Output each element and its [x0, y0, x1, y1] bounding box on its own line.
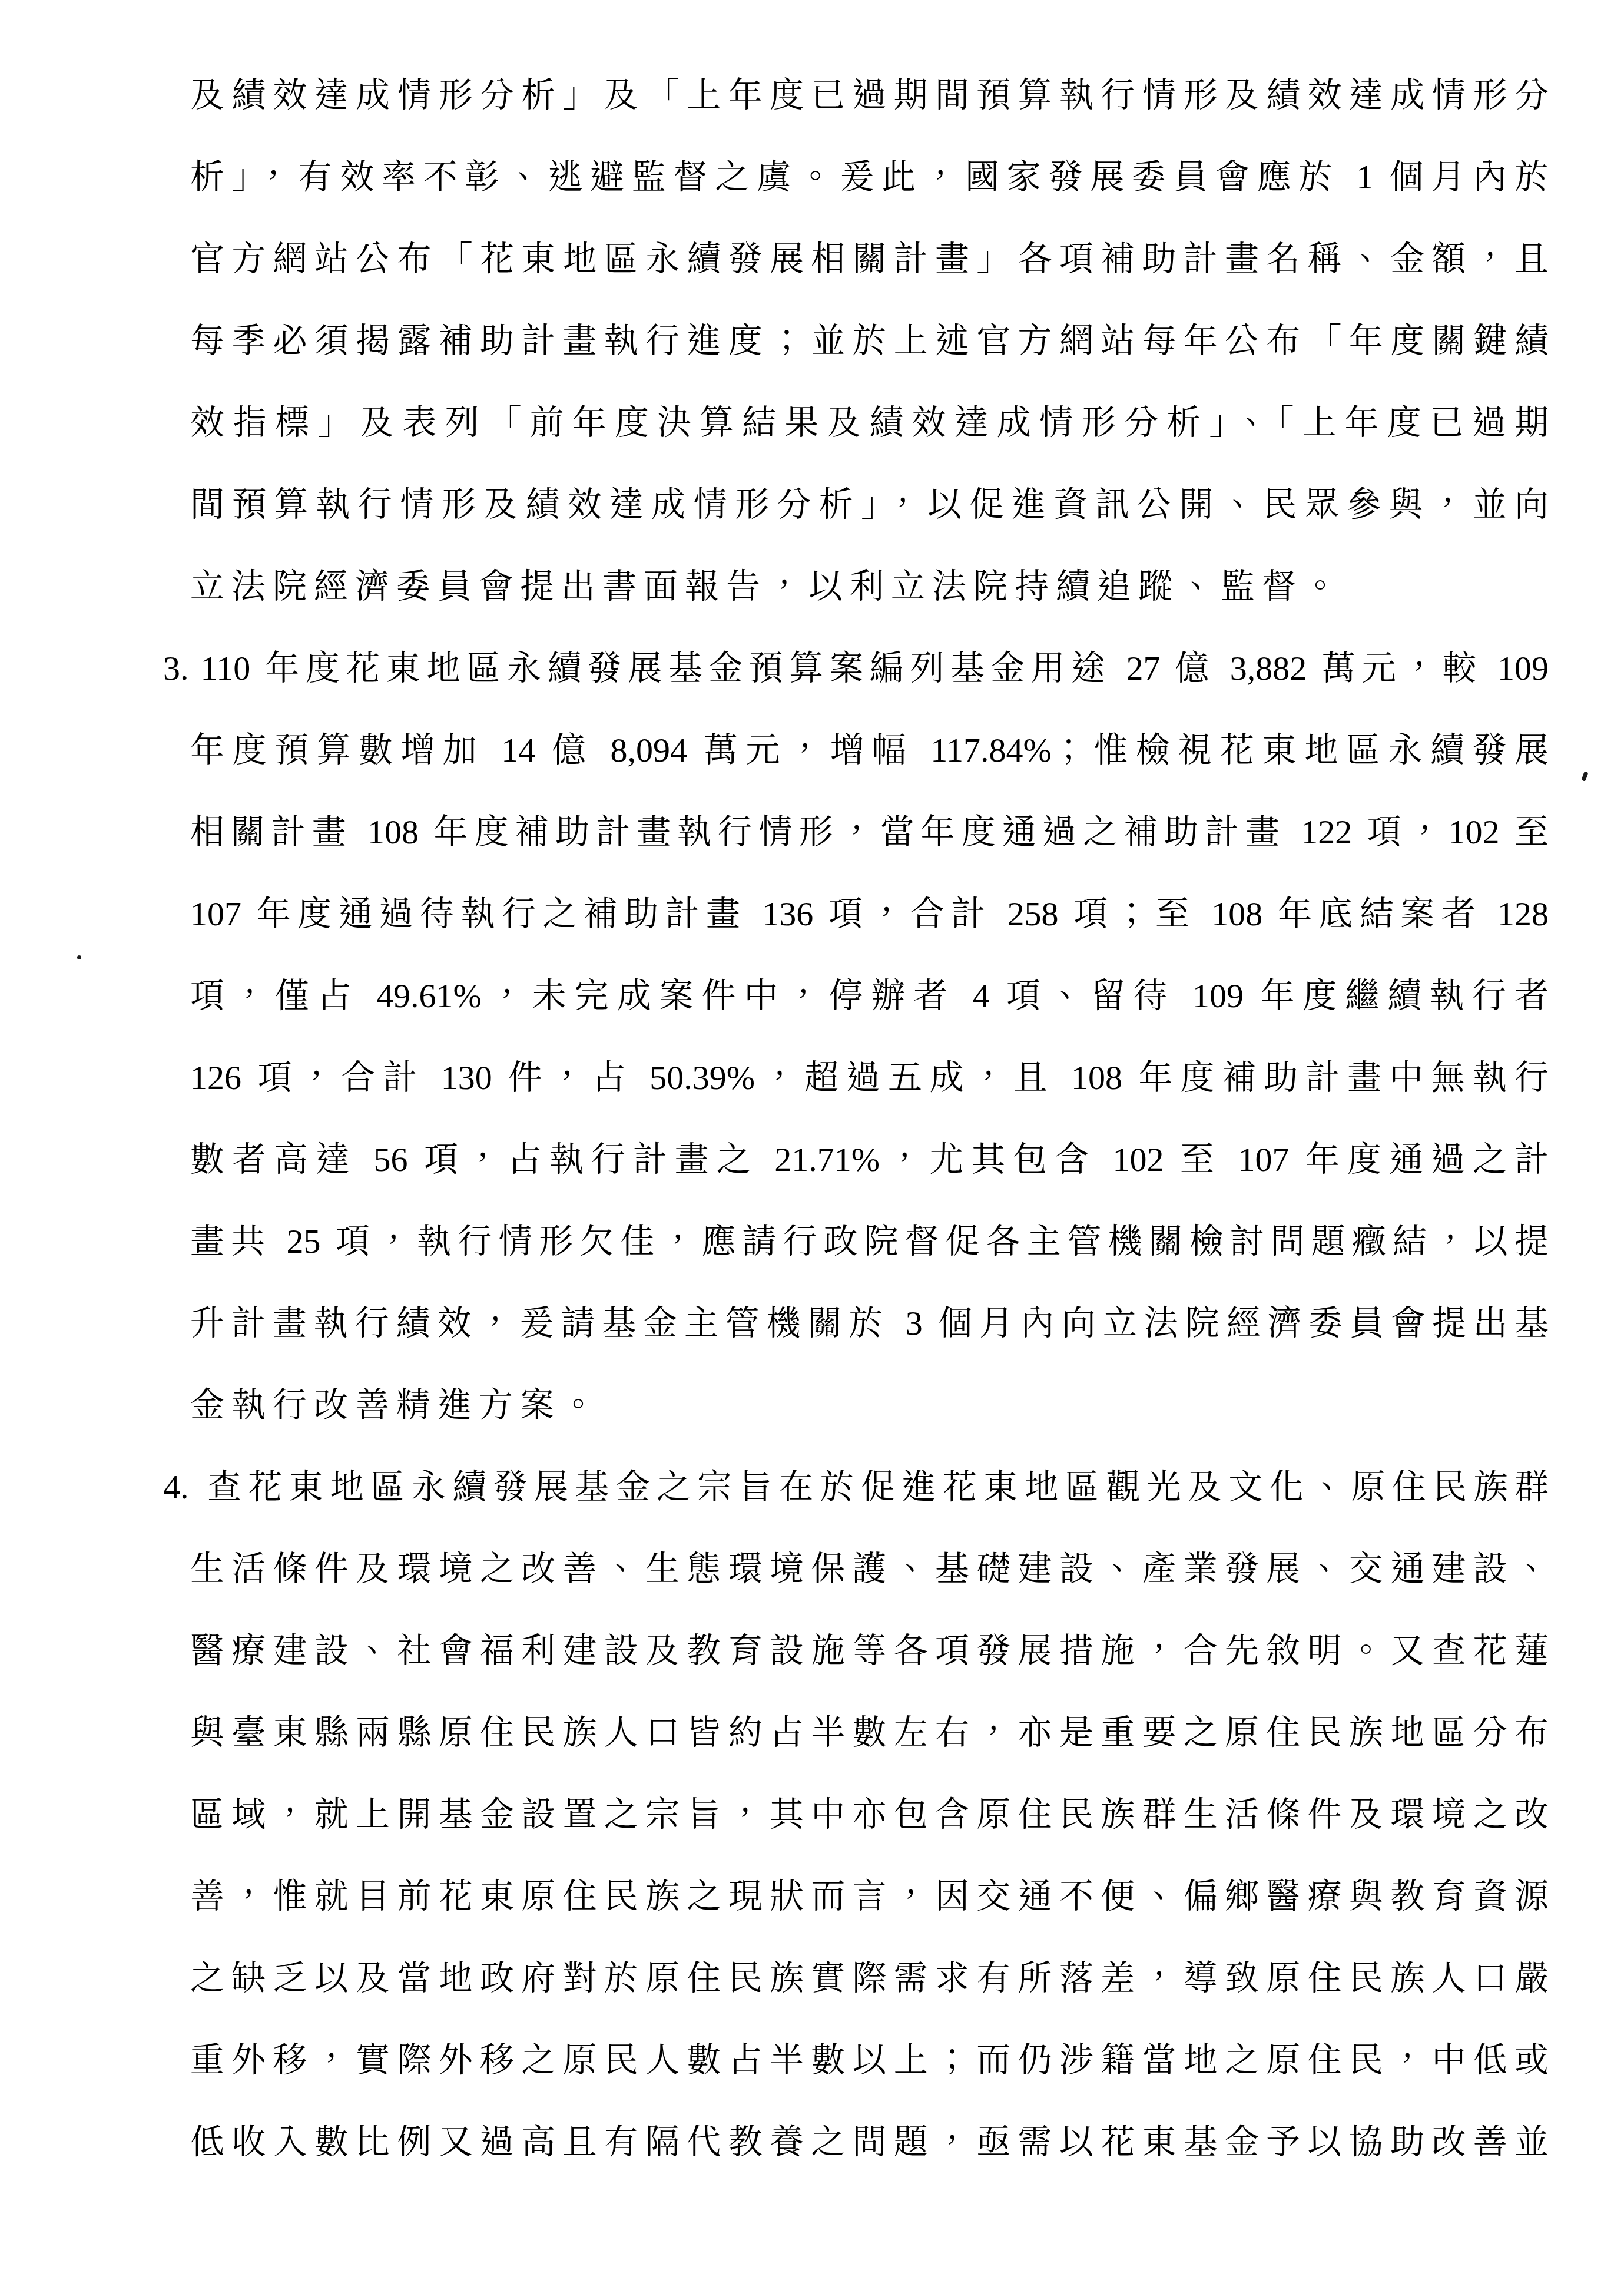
line-text: 低收入數比例又過高且有隔代教養之問題，亟需以花東基金予以協助改善並: [190, 2123, 1549, 2161]
scanned-document-page: 及績效達成情形分析」及「上年度已過期間預算執行情形及績效達成情形分析」，有效率不…: [0, 0, 1624, 2280]
text-line: 4.查花東地區永續發展基金之宗旨在於促進花東地區觀光及文化、原住民族群: [163, 1446, 1549, 1528]
text-line: 立法院經濟委員會提出書面報告，以利立法院持續追蹤、監督。: [190, 545, 1549, 627]
line-text: 畫共 25 項，執行情形欠佳，應請行政院督促各主管機關檢討問題癥結，以提: [190, 1222, 1549, 1260]
text-line: 低收入數比例又過高且有隔代教養之問題，亟需以花東基金予以協助改善並: [190, 2101, 1549, 2183]
text-line: 醫療建設、社會福利建設及教育設施等各項發展措施，合先敘明。又查花蓮: [190, 1610, 1549, 1692]
text-line: 重外移，實際外移之原民人數占半數以上；而仍涉籍當地之原住民，中低或: [190, 2019, 1549, 2101]
document-body: 及績效達成情形分析」及「上年度已過期間預算執行情形及績效達成情形分析」，有效率不…: [190, 54, 1549, 2183]
text-line: 及績效達成情形分析」及「上年度已過期間預算執行情形及績效達成情形分: [190, 54, 1549, 136]
line-text: 查花東地區永續發展基金之宗旨在於促進花東地區觀光及文化、原住民族群: [201, 1468, 1549, 1506]
text-line: 析」，有效率不彰、逃避監督之虞。爰此，國家發展委員會應於 1 個月內於: [190, 136, 1549, 218]
line-text: 年度預算數增加 14 億 8,094 萬元，增幅 117.84%；惟檢視花東地區…: [190, 731, 1549, 769]
line-text: 126 項，合計 130 件，占 50.39%，超過五成，且 108 年度補助計…: [190, 1058, 1549, 1097]
list-item-number: 4.: [163, 1468, 189, 1506]
line-text: 區域，就上開基金設置之宗旨，其中亦包含原住民族群生活條件及環境之改: [190, 1795, 1549, 1834]
line-text: 金執行改善精進方案。: [190, 1386, 602, 1424]
text-line: 金執行改善精進方案。: [190, 1364, 1549, 1446]
line-text: 升計畫執行績效，爰請基金主管機關於 3 個月內向立法院經濟委員會提出基: [190, 1304, 1549, 1342]
line-text: 間預算執行情形及績效達成情形分析」，以促進資訊公開、民眾參與，並向: [190, 485, 1549, 524]
line-text: 與臺東縣兩縣原住民族人口皆約占半數左右，亦是重要之原住民族地區分布: [190, 1713, 1549, 1752]
text-line: 效指標」及表列「前年度決算結果及績效達成情形分析」、「上年度已過期: [190, 382, 1549, 464]
text-line: 畫共 25 項，執行情形欠佳，應請行政院督促各主管機關檢討問題癥結，以提: [190, 1200, 1549, 1282]
text-line: 3.110 年度花東地區永續發展基金預算案編列基金用途 27 億 3,882 萬…: [163, 627, 1549, 709]
text-line: 升計畫執行績效，爰請基金主管機關於 3 個月內向立法院經濟委員會提出基: [190, 1282, 1549, 1364]
text-line: 區域，就上開基金設置之宗旨，其中亦包含原住民族群生活條件及環境之改: [190, 1773, 1549, 1855]
line-text: 之缺乏以及當地政府對於原住民族實際需求有所落差，導致原住民族人口嚴: [190, 1959, 1549, 1997]
line-text: 107 年度通過待執行之補助計畫 136 項，合計 258 項；至 108 年底…: [190, 895, 1549, 933]
line-text: 善，惟就目前花東原住民族之現狀而言，因交通不便、偏鄉醫療與教育資源: [190, 1877, 1549, 1915]
text-line: 項，僅占 49.61%，未完成案件中，停辦者 4 項、留待 109 年度繼續執行…: [190, 955, 1549, 1037]
text-line: 善，惟就目前花東原住民族之現狀而言，因交通不便、偏鄉醫療與教育資源: [190, 1855, 1549, 1937]
scan-artifact: [1581, 771, 1588, 781]
text-line: 官方網站公布「花東地區永續發展相關計畫」各項補助計畫名稱、金額，且: [190, 218, 1549, 300]
list-item-number: 3.: [163, 649, 189, 687]
line-text: 每季必須揭露補助計畫執行進度；並於上述官方網站每年公布「年度關鍵績: [190, 322, 1549, 360]
text-line: 126 項，合計 130 件，占 50.39%，超過五成，且 108 年度補助計…: [190, 1037, 1549, 1119]
text-line: 相關計畫 108 年度補助計畫執行情形，當年度通過之補助計畫 122 項，102…: [190, 791, 1549, 873]
line-text: 效指標」及表列「前年度決算結果及績效達成情形分析」、「上年度已過期: [190, 403, 1549, 442]
line-text: 重外移，實際外移之原民人數占半數以上；而仍涉籍當地之原住民，中低或: [190, 2041, 1549, 2079]
line-text: 生活條件及環境之改善、生態環境保護、基礎建設、產業發展、交通建設、: [190, 1550, 1549, 1588]
text-line: 生活條件及環境之改善、生態環境保護、基礎建設、產業發展、交通建設、: [190, 1528, 1549, 1610]
line-text: 及績效達成情形分析」及「上年度已過期間預算執行情形及績效達成情形分: [190, 76, 1549, 114]
line-text: 數者高達 56 項，占執行計畫之 21.71%，尤其包含 102 至 107 年…: [190, 1140, 1549, 1179]
text-line: 年度預算數增加 14 億 8,094 萬元，增幅 117.84%；惟檢視花東地區…: [190, 709, 1549, 791]
line-text: 相關計畫 108 年度補助計畫執行情形，當年度通過之補助計畫 122 項，102…: [190, 813, 1549, 851]
text-line: 之缺乏以及當地政府對於原住民族實際需求有所落差，導致原住民族人口嚴: [190, 1937, 1549, 2019]
line-text: 析」，有效率不彰、逃避監督之虞。爰此，國家發展委員會應於 1 個月內於: [190, 158, 1549, 196]
line-text: 110 年度花東地區永續發展基金預算案編列基金用途 27 億 3,882 萬元，…: [201, 649, 1549, 687]
text-line: 每季必須揭露補助計畫執行進度；並於上述官方網站每年公布「年度關鍵績: [190, 300, 1549, 382]
text-line: 數者高達 56 項，占執行計畫之 21.71%，尤其包含 102 至 107 年…: [190, 1119, 1549, 1200]
text-line: 與臺東縣兩縣原住民族人口皆約占半數左右，亦是重要之原住民族地區分布: [190, 1692, 1549, 1773]
text-line: 107 年度通過待執行之補助計畫 136 項，合計 258 項；至 108 年底…: [190, 873, 1549, 955]
line-text: 醫療建設、社會福利建設及教育設施等各項發展措施，合先敘明。又查花蓮: [190, 1632, 1549, 1670]
line-text: 立法院經濟委員會提出書面報告，以利立法院持續追蹤、監督。: [190, 567, 1344, 605]
line-text: 項，僅占 49.61%，未完成案件中，停辦者 4 項、留待 109 年度繼續執行…: [190, 977, 1549, 1015]
scan-artifact: [77, 955, 81, 959]
line-text: 官方網站公布「花東地區永續發展相關計畫」各項補助計畫名稱、金額，且: [190, 240, 1549, 278]
text-line: 間預算執行情形及績效達成情形分析」，以促進資訊公開、民眾參與，並向: [190, 464, 1549, 545]
